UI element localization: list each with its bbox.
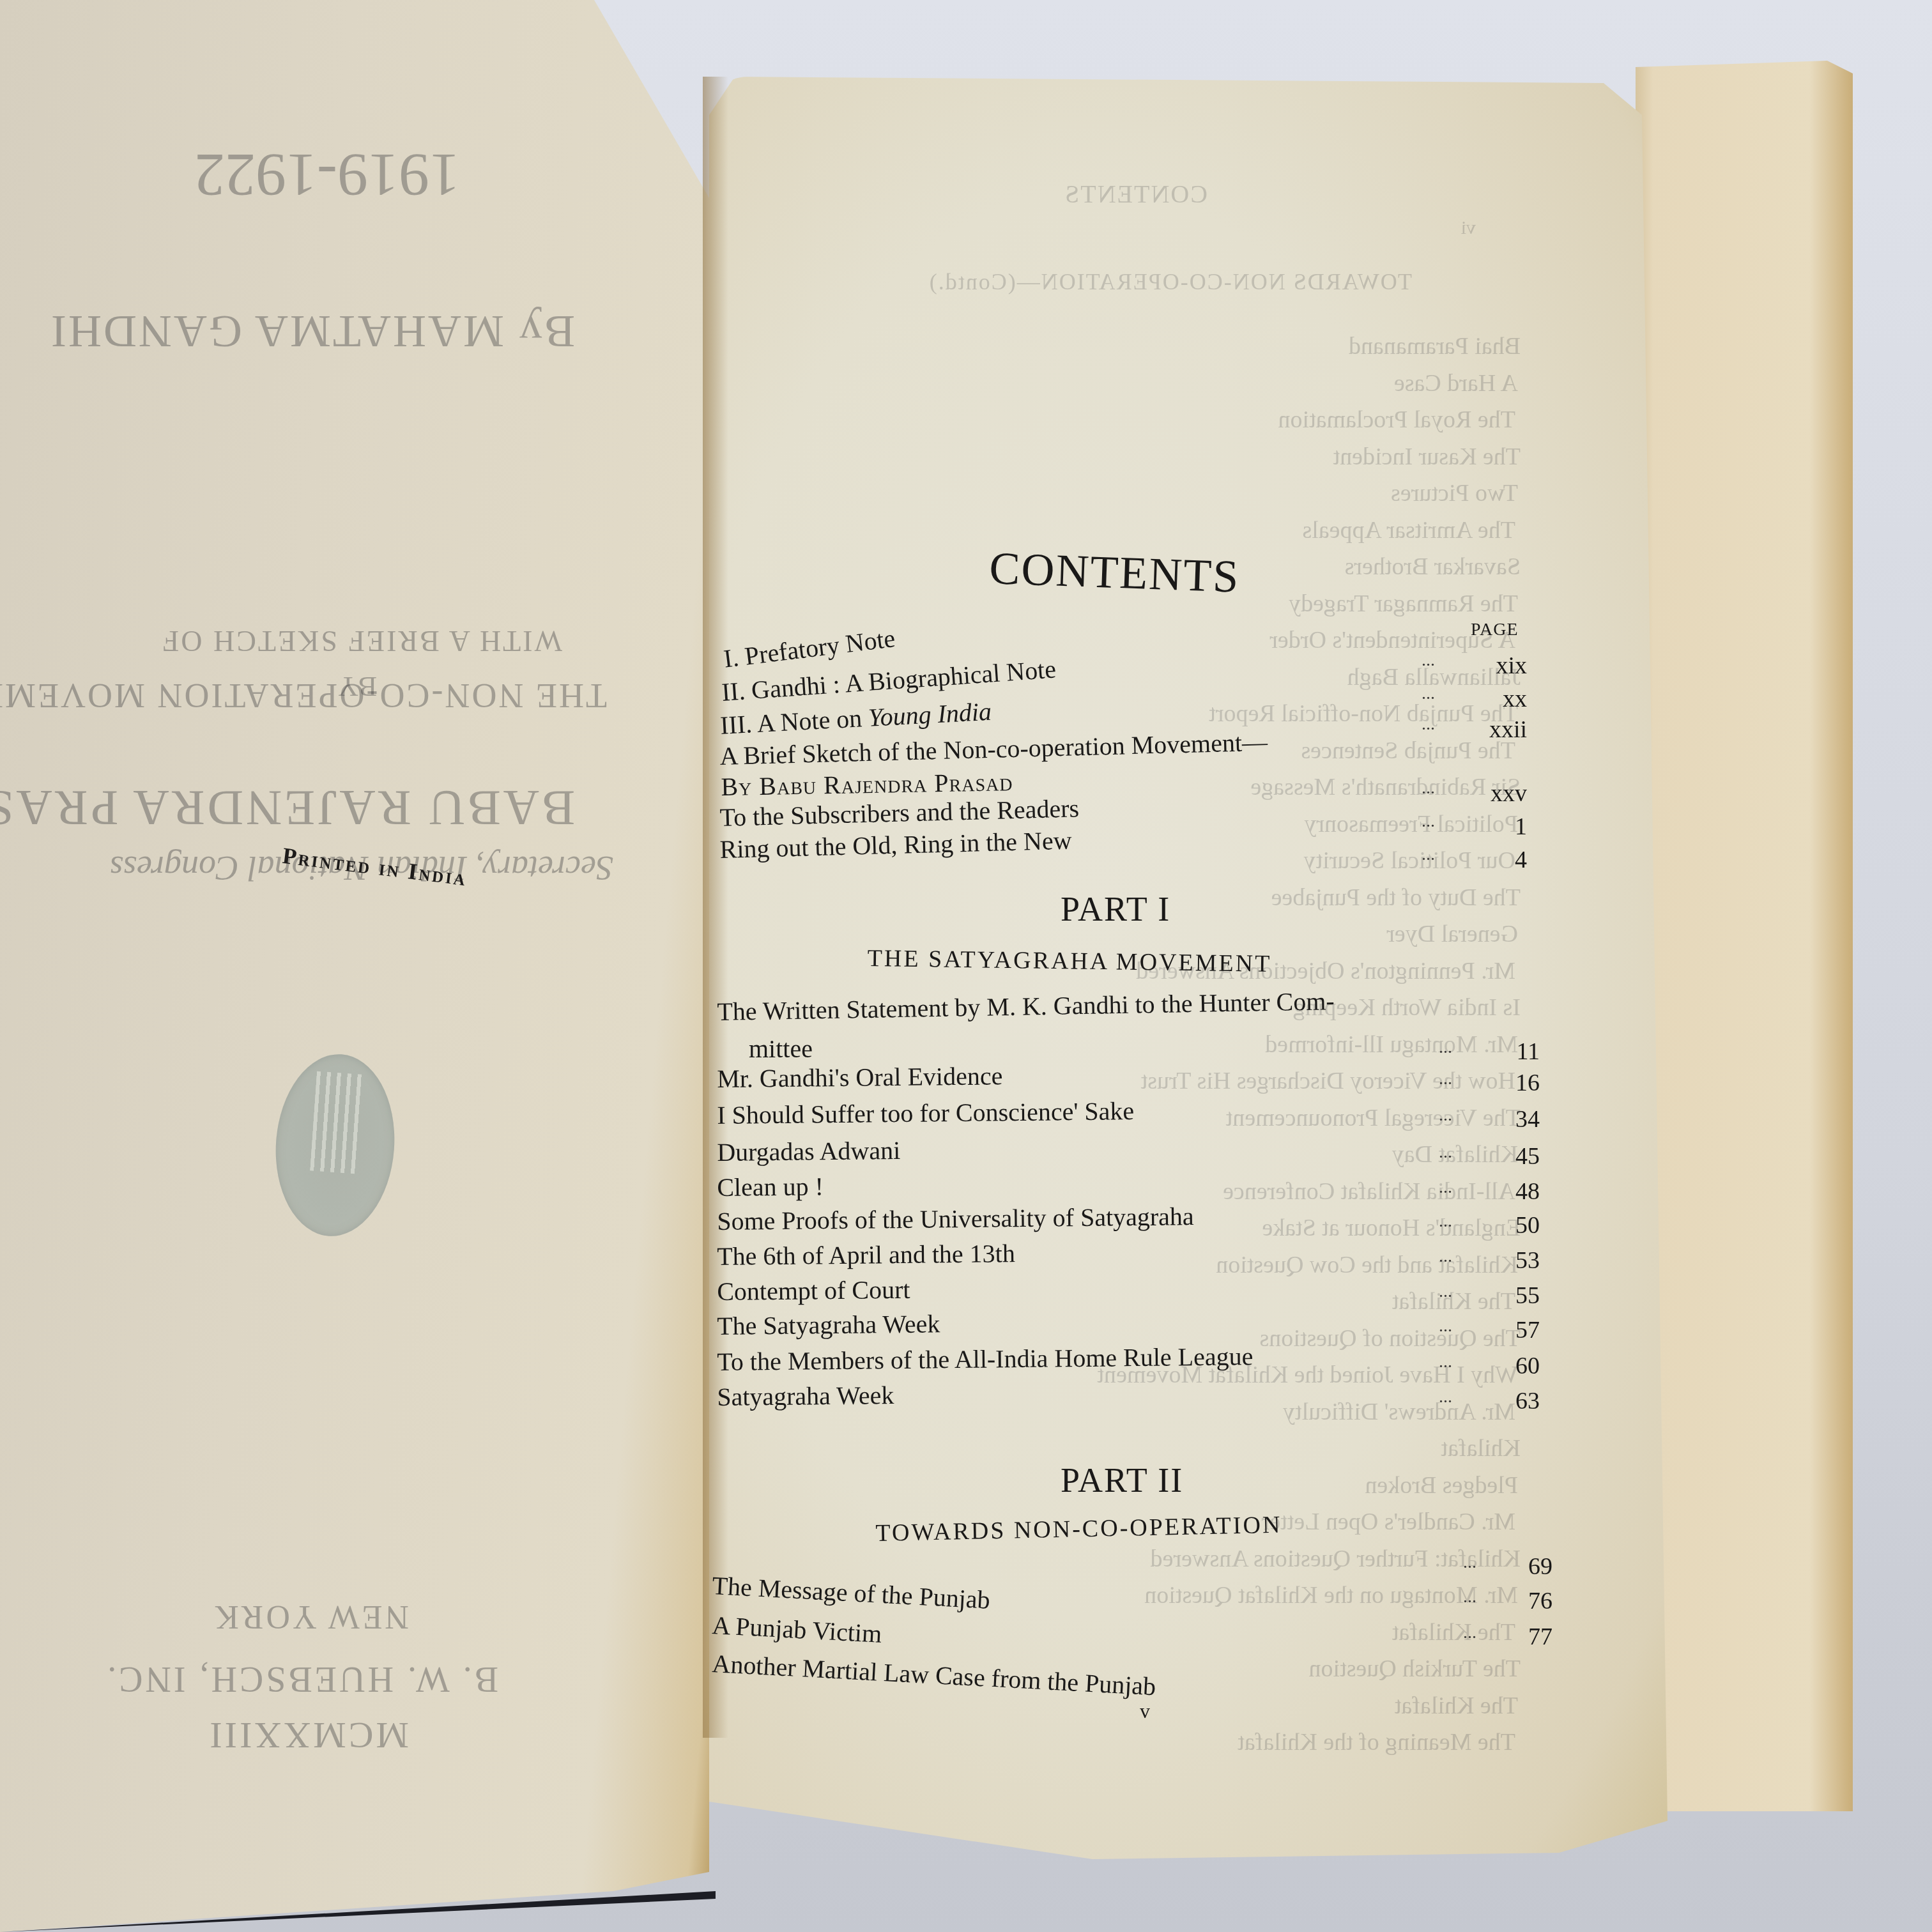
toc-page-number: 57 [1463, 1316, 1540, 1344]
leader-dots: ... [1439, 1246, 1452, 1267]
toc-entry-title[interactable]: Mr. Gandhi's Oral Evidence [717, 1061, 1003, 1094]
toc-page-number: 63 [1463, 1387, 1540, 1415]
toc-entry-title-continued: mittee [749, 1034, 813, 1064]
leader-dots: ... [1422, 811, 1435, 832]
leader-dots: ... [1439, 1038, 1452, 1058]
toc-page-number: 55 [1463, 1282, 1540, 1310]
bleed-entry: Mr. Candler's Open Letter [1262, 1508, 1515, 1536]
leader-dots: ... [1439, 1142, 1452, 1163]
bleed-entry: Savarkar Brothers [1345, 553, 1521, 581]
toc-entry-title[interactable]: The Satyagraha Week [717, 1308, 940, 1341]
bleed-entry: The Turkish Question [1309, 1655, 1521, 1683]
leader-dots: ... [1422, 684, 1435, 704]
toc-page-number: 48 [1463, 1177, 1540, 1206]
toc-page-number: xxii [1450, 716, 1527, 744]
bleed-entry: Mr. Montagu on the Khilafat Question [1144, 1581, 1518, 1609]
bleed-prasad: BABU RAJENDRA PRASAD [0, 779, 575, 837]
bleed-entry: The Meaning of the Khilafat [1238, 1728, 1515, 1756]
bleed-folio: vi [1461, 217, 1476, 239]
bleed-year: MCMXXIII [207, 1714, 409, 1757]
leader-dots: ... [1422, 845, 1435, 865]
bleed-entry: The Duty of the Punjabee [1271, 884, 1521, 912]
toc-page-number: 34 [1463, 1105, 1540, 1133]
leader-dots: ... [1422, 778, 1435, 799]
toc-entry-title[interactable]: Contempt of Court [717, 1275, 910, 1307]
toc-page-number: xxv [1450, 779, 1527, 808]
part-i-heading: PART I [1061, 889, 1170, 929]
toc-page-number: 11 [1463, 1038, 1540, 1066]
page-folio: v [1140, 1699, 1150, 1723]
toc-page-number: 4 [1450, 846, 1527, 874]
bleed-section: TOWARDS NON-CO-OPERATION—(Contd.) [928, 268, 1412, 295]
bleed-city: NEW YORK [212, 1598, 409, 1636]
toc-page-number: 60 [1463, 1352, 1540, 1380]
leader-dots: ... [1439, 1105, 1452, 1126]
toc-page-number: 77 [1476, 1623, 1552, 1651]
toc-page-number: 16 [1463, 1069, 1540, 1097]
contents-heading: CONTENTS [988, 542, 1241, 604]
bleed-entry: How the Viceroy Discharges His Trust [1141, 1067, 1515, 1095]
bleed-entry: General Dyer [1386, 920, 1518, 948]
toc-page-number: 45 [1463, 1142, 1540, 1170]
page-stack-edge [1636, 61, 1853, 1811]
bleed-entry: Khilafat [1441, 1434, 1521, 1462]
bleed-title: YOUNG INDIA [0, 0, 268, 26]
leader-dots: ... [1463, 1587, 1476, 1607]
toc-entry-title[interactable]: I Should Suffer too for Conscience' Sake [717, 1096, 1134, 1130]
bleed-entry: A Hard Case [1394, 369, 1518, 397]
toc-entry-title[interactable]: Satyagraha Week [717, 1380, 894, 1412]
leader-dots: ... [1422, 714, 1435, 735]
bleed-entry: Bhai Paramanand [1349, 332, 1521, 360]
toc-entry-title[interactable]: Durgadas Adwani [717, 1135, 900, 1167]
toc-page-number: 53 [1463, 1246, 1540, 1275]
toc-page-number: xx [1450, 685, 1527, 713]
bleed-entry: The Kasur Incident [1333, 443, 1521, 471]
leader-dots: ... [1439, 1211, 1452, 1232]
left-page [0, 0, 709, 1932]
toc-entry-title[interactable]: The 6th of April and the 13th [717, 1238, 1015, 1271]
bleed-sketch-line2: THE NON-CO-OPERATION MOVEMENT [0, 676, 607, 716]
toc-entry-title[interactable]: Some Proofs of the Universality of Satya… [717, 1201, 1194, 1236]
gutter-shadow [703, 77, 728, 1738]
toc-page-number: xix [1450, 652, 1527, 680]
toc-entry-title[interactable]: To the Members of the All-India Home Rul… [717, 1341, 1253, 1377]
leader-dots: ... [1463, 1552, 1476, 1573]
bleed-entry: Pledges Broken [1365, 1471, 1518, 1499]
toc-page-number: 76 [1476, 1587, 1552, 1615]
leader-dots: ... [1439, 1387, 1452, 1407]
bleed-entry: Two Pictures [1391, 479, 1518, 507]
leader-dots: ... [1422, 650, 1435, 671]
part-ii-heading: PART II [1061, 1460, 1183, 1500]
bleed-entry: The Amritsar Appeals [1303, 516, 1515, 544]
bleed-sketch-line1: WITH A BRIEF SKETCH OF [161, 624, 562, 658]
bleed-publisher: B. W. HUEBSCH, INC. [105, 1659, 498, 1699]
bleed-entry: The Ramnagar Tragedy [1289, 590, 1518, 618]
bleed-years: 1919-1922 [194, 140, 460, 211]
toc-entry-title-italic: Young India [868, 697, 992, 732]
toc-page-number: 50 [1463, 1211, 1540, 1239]
bleed-entry: The Khilafat [1395, 1692, 1518, 1720]
toc-page-number: 1 [1450, 813, 1527, 841]
leader-dots: ... [1439, 1069, 1452, 1089]
leader-dots: ... [1463, 1623, 1476, 1643]
part-i-subheading: THE SATYAGRAHA MOVEMENT [867, 944, 1271, 978]
bleed-entry: The Royal Proclamation [1278, 406, 1515, 434]
leader-dots: ... [1439, 1316, 1452, 1337]
bleed-author: By MAHATMA GANDHI [49, 305, 575, 358]
leader-dots: ... [1439, 1177, 1452, 1198]
leader-dots: ... [1439, 1282, 1452, 1302]
toc-entry-title[interactable]: Clean up ! [717, 1171, 824, 1202]
toc-page-number: 69 [1476, 1552, 1552, 1581]
bleed-contents-header: CONTENTS [1064, 179, 1207, 209]
bleed-by: BY [338, 670, 377, 703]
leader-dots: ... [1439, 1352, 1452, 1372]
page-column-header: PAGE [1471, 620, 1519, 640]
